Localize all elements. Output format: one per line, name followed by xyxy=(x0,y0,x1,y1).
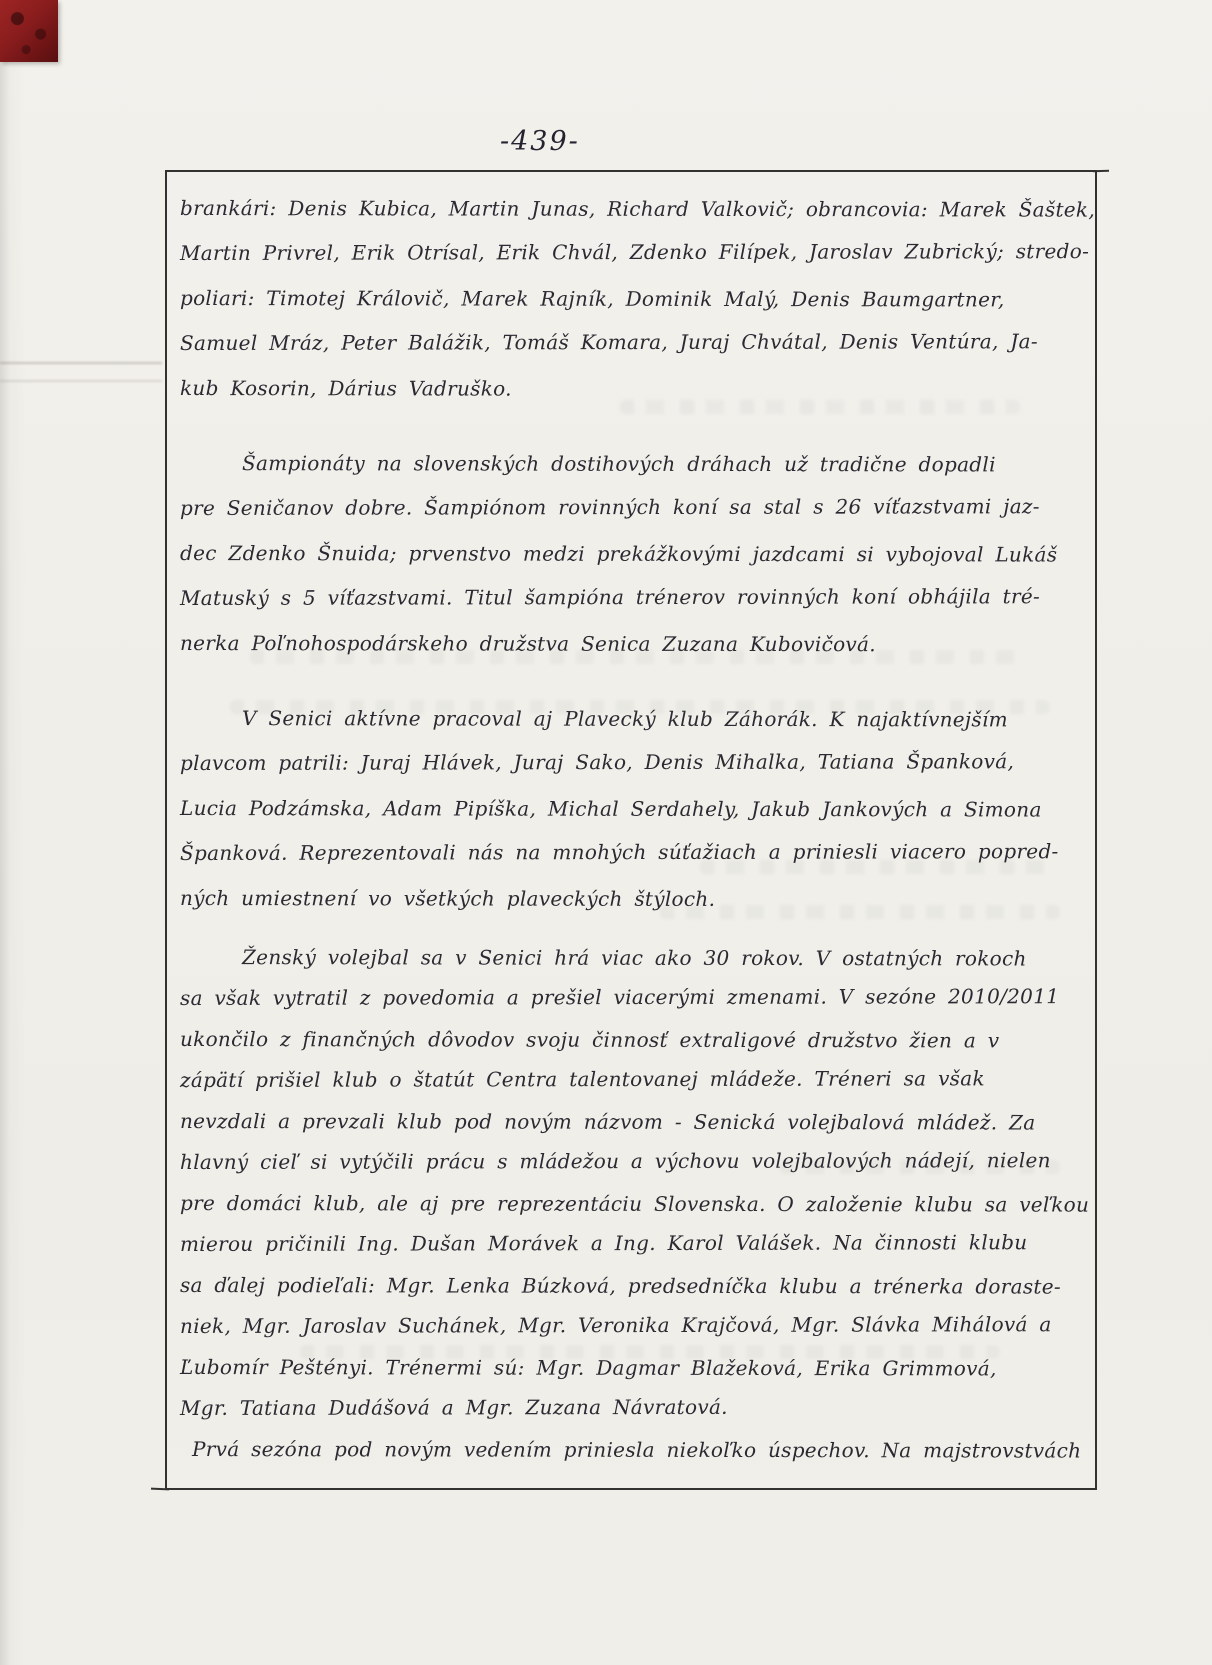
page-fold-line xyxy=(0,380,162,382)
handwritten-line: ukončilo z finančných dôvodov svoju činn… xyxy=(180,1019,1095,1062)
page-fold-line xyxy=(0,362,162,364)
handwritten-line: V Senici aktívne pracoval aj Plavecký kl… xyxy=(180,696,1095,743)
handwritten-line: Matuský s 5 víťazstvami. Titul šampióna … xyxy=(180,574,1095,621)
handwritten-line: Mgr. Tatiana Dudášová a Mgr. Zuzana Návr… xyxy=(180,1386,1095,1429)
handwritten-line: pre domáci klub, ale aj pre reprezentáci… xyxy=(180,1183,1095,1226)
handwritten-line: hlavný cieľ si vytýčili prácu s mládežou… xyxy=(180,1140,1095,1183)
handwritten-line: nerka Poľnohospodárskeho družstva Senica… xyxy=(180,621,1095,668)
handwritten-line: poliari: Timotej Královič, Marek Rajník,… xyxy=(180,276,1095,323)
handwritten-line: nevzdali a prevzali klub pod novým názvo… xyxy=(180,1101,1095,1144)
paragraph: V Senici aktívne pracoval aj Plavecký kl… xyxy=(180,696,1095,921)
handwritten-line: zápätí prišiel klub o štatút Centra tale… xyxy=(180,1058,1095,1101)
handwritten-line: niek, Mgr. Jaroslav Suchánek, Mgr. Veron… xyxy=(180,1304,1095,1347)
handwritten-line: Ženský volejbal sa v Senici hrá viac ako… xyxy=(180,937,1095,980)
handwritten-line: plavcom patrili: Juraj Hlávek, Juraj Sak… xyxy=(180,739,1095,786)
handwritten-line: kub Kosorin, Dárius Vadruško. xyxy=(180,366,1095,413)
handwritten-line: Prvá sezóna pod novým vedením priniesla … xyxy=(180,1429,1095,1472)
handwritten-line: ných umiestnení vo všetkých plaveckých š… xyxy=(180,876,1095,923)
page-number: -439- xyxy=(500,126,580,157)
handwritten-line: sa ďalej podieľali: Mgr. Lenka Búzková, … xyxy=(180,1265,1095,1308)
handwritten-line: dec Zdenko Šnuida; prvenstvo medzi preká… xyxy=(180,531,1095,578)
handwritten-line: Španková. Reprezentovali nás na mnohých … xyxy=(180,829,1095,876)
handwritten-text-block: brankári: Denis Kubica, Martin Junas, Ri… xyxy=(180,186,1095,1470)
paragraph: Ženský volejbal sa v Senici hrá viac ako… xyxy=(180,937,1095,1470)
handwritten-line: Martin Privrel, Erik Otrísal, Erik Chvál… xyxy=(180,229,1095,276)
handwritten-line: brankári: Denis Kubica, Martin Junas, Ri… xyxy=(180,186,1095,233)
handwritten-line: Lucia Podzámska, Adam Pipíška, Michal Se… xyxy=(180,786,1095,833)
scanned-chronicle-page: -439- brankári: Denis Kubica, Martin Jun… xyxy=(0,0,1212,1665)
handwritten-line: Ľubomír Peštényi. Trénermi sú: Mgr. Dagm… xyxy=(180,1347,1095,1390)
handwritten-line: mierou pričinili Ing. Dušan Morávek a In… xyxy=(180,1222,1095,1265)
handwritten-line: sa však vytratil z povedomia a prešiel v… xyxy=(180,976,1095,1019)
handwritten-line: Šampionáty na slovenských dostihových dr… xyxy=(180,441,1095,488)
handwritten-line: Samuel Mráz, Peter Balážik, Tomáš Komara… xyxy=(180,319,1095,366)
paragraph: Šampionáty na slovenských dostihových dr… xyxy=(180,441,1095,666)
book-cover-corner xyxy=(0,0,58,62)
paragraph: brankári: Denis Kubica, Martin Junas, Ri… xyxy=(180,186,1095,411)
handwritten-line: pre Seničanov dobre. Šampiónom rovinných… xyxy=(180,484,1095,531)
